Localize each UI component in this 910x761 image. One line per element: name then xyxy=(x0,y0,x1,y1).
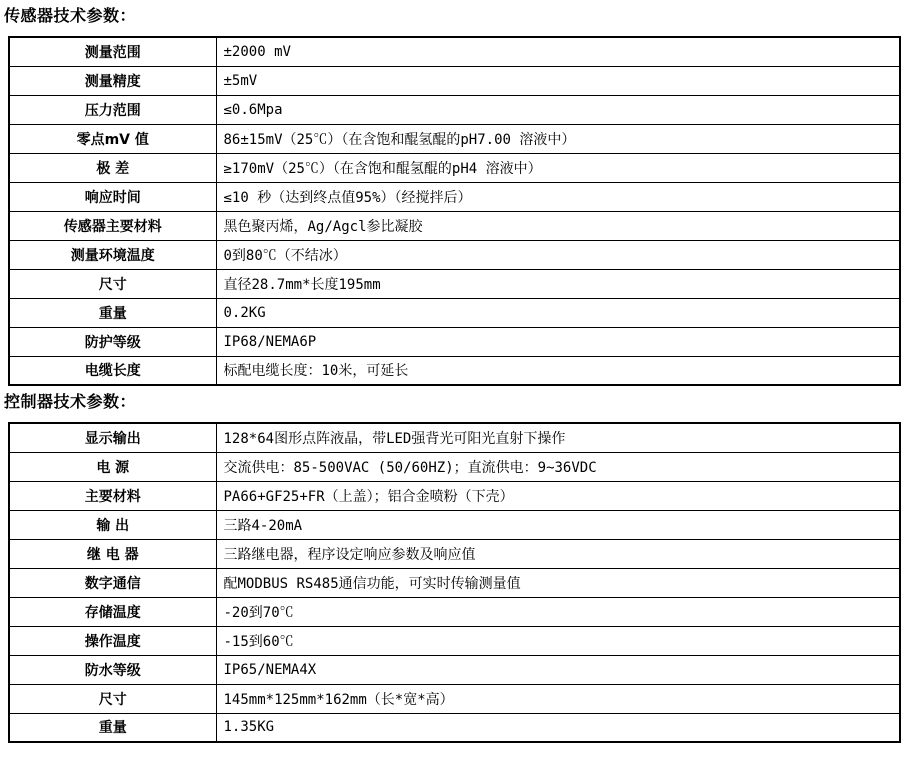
param-label-cell: 尺寸 xyxy=(9,269,216,298)
param-label-cell: 测量范围 xyxy=(9,37,216,66)
table-row: 防护等级 IP68/NEMA6P xyxy=(9,327,900,356)
param-value-cell: -20到70℃ xyxy=(216,597,900,626)
table-row: 显示输出 128*64图形点阵液晶，带LED强背光可阳光直射下操作 xyxy=(9,423,900,452)
param-value-cell: 黑色聚丙烯，Ag/Agcl参比凝胶 xyxy=(216,211,900,240)
param-label-cell: 测量精度 xyxy=(9,66,216,95)
table-row: 电缆长度 标配电缆长度：10米，可延长 xyxy=(9,356,900,385)
param-label-cell: 电 源 xyxy=(9,452,216,481)
param-label-cell: 压力范围 xyxy=(9,95,216,124)
sensor-params-heading: 传感器技术参数： xyxy=(0,0,910,26)
table-row: 电 源 交流供电：85-500VAC (50/60HZ)；直流供电：9~36VD… xyxy=(9,452,900,481)
table-row: 极 差 ≥170mV（25℃）（在含饱和醌氢醌的pH4 溶液中） xyxy=(9,153,900,182)
param-label-cell: 存储温度 xyxy=(9,597,216,626)
param-value-cell: 直径28.7mm*长度195mm xyxy=(216,269,900,298)
sensor-params-table: 测量范围 ±2000 mV 测量精度 ±5mV 压力范围 ≤0.6Mpa 零点m… xyxy=(8,36,901,386)
param-value-cell: ±2000 mV xyxy=(216,37,900,66)
param-value-cell: ≤10 秒（达到终点值95%）（经搅拌后） xyxy=(216,182,900,211)
param-label-cell: 操作温度 xyxy=(9,626,216,655)
param-value-cell: PA66+GF25+FR（上盖）；铝合金喷粉（下壳） xyxy=(216,481,900,510)
controller-params-table-body: 显示输出 128*64图形点阵液晶，带LED强背光可阳光直射下操作 电 源 交流… xyxy=(9,423,900,742)
sensor-params-table-body: 测量范围 ±2000 mV 测量精度 ±5mV 压力范围 ≤0.6Mpa 零点m… xyxy=(9,37,900,385)
param-value-cell: IP65/NEMA4X xyxy=(216,655,900,684)
table-row: 继 电 器 三路继电器，程序设定响应参数及响应值 xyxy=(9,539,900,568)
param-label-cell: 电缆长度 xyxy=(9,356,216,385)
param-label-cell: 防水等级 xyxy=(9,655,216,684)
table-row: 尺寸 直径28.7mm*长度195mm xyxy=(9,269,900,298)
param-label-cell: 响应时间 xyxy=(9,182,216,211)
table-row: 重量 0.2KG xyxy=(9,298,900,327)
param-value-cell: 三路继电器，程序设定响应参数及响应值 xyxy=(216,539,900,568)
param-value-cell: IP68/NEMA6P xyxy=(216,327,900,356)
table-row: 测量精度 ±5mV xyxy=(9,66,900,95)
table-row: 防水等级 IP65/NEMA4X xyxy=(9,655,900,684)
param-value-cell: 86±15mV（25℃）（在含饱和醌氢醌的pH7.00 溶液中） xyxy=(216,124,900,153)
param-label-cell: 显示输出 xyxy=(9,423,216,452)
param-value-cell: 配MODBUS RS485通信功能，可实时传输测量值 xyxy=(216,568,900,597)
param-value-cell: ±5mV xyxy=(216,66,900,95)
param-value-cell: -15到60℃ xyxy=(216,626,900,655)
table-row: 操作温度 -15到60℃ xyxy=(9,626,900,655)
table-row: 测量范围 ±2000 mV xyxy=(9,37,900,66)
param-value-cell: 1.35KG xyxy=(216,713,900,742)
param-value-cell: 标配电缆长度：10米，可延长 xyxy=(216,356,900,385)
param-label-cell: 测量环境温度 xyxy=(9,240,216,269)
table-row: 重量 1.35KG xyxy=(9,713,900,742)
param-value-cell: ≤0.6Mpa xyxy=(216,95,900,124)
table-row: 零点mV 值 86±15mV（25℃）（在含饱和醌氢醌的pH7.00 溶液中） xyxy=(9,124,900,153)
param-label-cell: 零点mV 值 xyxy=(9,124,216,153)
param-label-cell: 重量 xyxy=(9,713,216,742)
param-value-cell: 三路4-20mA xyxy=(216,510,900,539)
table-row: 输 出 三路4-20mA xyxy=(9,510,900,539)
param-value-cell: ≥170mV（25℃）（在含饱和醌氢醌的pH4 溶液中） xyxy=(216,153,900,182)
param-value-cell: 145mm*125mm*162mm（长*宽*高） xyxy=(216,684,900,713)
param-value-cell: 0到80℃（不结冰） xyxy=(216,240,900,269)
table-row: 压力范围 ≤0.6Mpa xyxy=(9,95,900,124)
param-label-cell: 数字通信 xyxy=(9,568,216,597)
param-label-cell: 极 差 xyxy=(9,153,216,182)
param-label-cell: 主要材料 xyxy=(9,481,216,510)
controller-params-heading: 控制器技术参数： xyxy=(0,386,910,412)
controller-params-table: 显示输出 128*64图形点阵液晶，带LED强背光可阳光直射下操作 电 源 交流… xyxy=(8,422,901,743)
table-row: 数字通信 配MODBUS RS485通信功能，可实时传输测量值 xyxy=(9,568,900,597)
param-label-cell: 输 出 xyxy=(9,510,216,539)
table-row: 主要材料 PA66+GF25+FR（上盖）；铝合金喷粉（下壳） xyxy=(9,481,900,510)
table-row: 传感器主要材料 黑色聚丙烯，Ag/Agcl参比凝胶 xyxy=(9,211,900,240)
param-label-cell: 传感器主要材料 xyxy=(9,211,216,240)
param-value-cell: 0.2KG xyxy=(216,298,900,327)
param-label-cell: 尺寸 xyxy=(9,684,216,713)
param-value-cell: 128*64图形点阵液晶，带LED强背光可阳光直射下操作 xyxy=(216,423,900,452)
param-label-cell: 防护等级 xyxy=(9,327,216,356)
param-value-cell: 交流供电：85-500VAC (50/60HZ)；直流供电：9~36VDC xyxy=(216,452,900,481)
table-row: 存储温度 -20到70℃ xyxy=(9,597,900,626)
param-label-cell: 继 电 器 xyxy=(9,539,216,568)
table-row: 测量环境温度 0到80℃（不结冰） xyxy=(9,240,900,269)
table-row: 尺寸 145mm*125mm*162mm（长*宽*高） xyxy=(9,684,900,713)
spec-document-page: 传感器技术参数： 测量范围 ±2000 mV 测量精度 ±5mV 压力范围 ≤0… xyxy=(0,0,910,761)
table-row: 响应时间 ≤10 秒（达到终点值95%）（经搅拌后） xyxy=(9,182,900,211)
param-label-cell: 重量 xyxy=(9,298,216,327)
